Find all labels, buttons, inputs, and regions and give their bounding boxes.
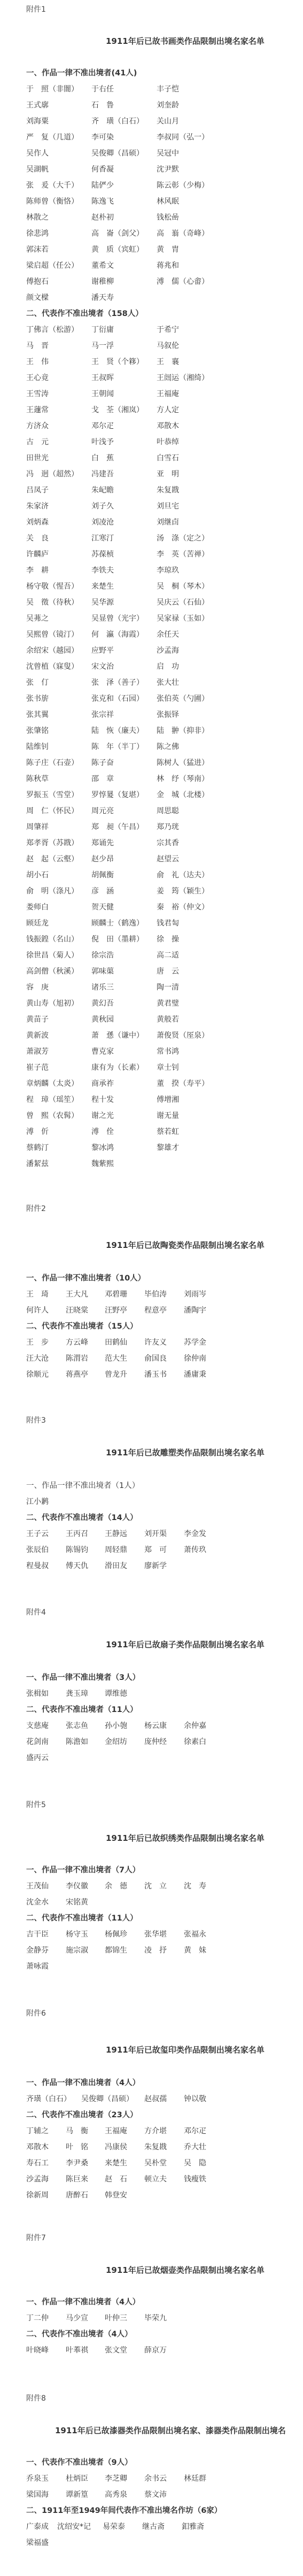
artist-name: 龚玉璋 <box>66 1688 88 1699</box>
artist-name: 蔡鹤汀 <box>26 1143 49 1153</box>
artist-name: 张福永 <box>184 1929 206 1940</box>
artist-name: 高 嵡（奇峰） <box>157 228 209 239</box>
artist-name: 赵 起（云壑） <box>26 854 79 865</box>
artist-name: 冯建吾 <box>91 469 114 480</box>
artist-name: 刘子久 <box>91 501 114 512</box>
artist-name: 郑孝胥（苏戡） <box>26 838 79 849</box>
artist-name: 金 城（北楼） <box>157 790 209 800</box>
artist-name: 顿立夫 <box>144 2174 167 2185</box>
artist-name: 吉干臣 <box>26 1929 49 1940</box>
artist-name: 胡小石 <box>26 870 49 881</box>
artist-name: 邓散木 <box>26 2142 49 2153</box>
artist-name: 吴湖帆 <box>26 164 49 175</box>
section-heading: 一、作品一律不准出境者（3人） <box>26 1672 140 1683</box>
artist-name: 顾廷龙 <box>26 918 49 929</box>
artist-name: 余任天 <box>157 629 179 640</box>
artist-name: 叶恭绰 <box>157 437 179 448</box>
section-heading: 二、代表作不准出境者（11人） <box>26 1913 138 1924</box>
artist-name: 萧淑芳 <box>26 1046 49 1057</box>
artist-name: 赵望云 <box>157 854 179 865</box>
artist-name: 黄山寿（旭初） <box>26 998 79 1009</box>
artist-name: 陈云彰（少梅） <box>157 180 209 191</box>
artist-name: 张辰伯 <box>26 1545 49 1555</box>
section-heading: 一、作品一律不准出境者(41人) <box>26 68 137 79</box>
artist-name: 林散之 <box>26 212 49 223</box>
artist-name: 林廷群 <box>184 2473 206 2484</box>
artist-name: 杨守玉 <box>66 1929 88 1940</box>
artist-name: 朱屺瞻 <box>91 485 114 496</box>
artist-name: 朱复戡 <box>144 2142 167 2153</box>
artist-name: 寿石工 <box>26 2158 49 2169</box>
artist-name: 陈秋草 <box>26 774 49 784</box>
artist-name: 李琼玖 <box>157 565 179 576</box>
artist-name: 梁国海 <box>26 2489 49 2500</box>
artist-name: 谭新篁 <box>66 2489 88 2500</box>
artist-name: 田世光 <box>26 453 49 464</box>
artist-name: 余仲嘉 <box>184 1721 206 1731</box>
artist-name: 吴俊卿（昌硕） <box>91 148 144 159</box>
artist-name: 黄般若 <box>157 1014 179 1025</box>
artist-name: 陈 年（半丁） <box>91 742 144 752</box>
artist-name: 潘玉书 <box>144 1369 167 1380</box>
artist-name: 吴华源 <box>91 597 114 608</box>
artist-name: 陈锡钧 <box>66 1545 88 1555</box>
artist-name: 石 鲁 <box>91 100 114 111</box>
artist-name: 钱瘦铁 <box>184 2174 206 2185</box>
artist-name: 李 英（苦禅） <box>157 549 209 560</box>
artist-name: 黄幻吾 <box>91 998 114 1009</box>
artist-name: 赵叔孺 <box>144 2094 167 2104</box>
artist-name: 高 崙（剑父） <box>91 228 144 239</box>
artist-name: 启 功 <box>157 661 179 672</box>
section-heading: 二、代表作不准出境者（15人） <box>26 1321 138 1332</box>
artist-name: 严 复（几道） <box>26 132 79 143</box>
artist-name: 郑 昶（午昌） <box>91 822 144 832</box>
artist-name: 宋文治 <box>91 661 114 672</box>
section-heading: 一、作品一律不准出境者（4人） <box>26 2297 140 2308</box>
artist-name: 李叔同（弘一） <box>157 132 209 143</box>
artist-name: 朱复戡 <box>157 485 179 496</box>
artist-name: 马一浮 <box>91 341 114 351</box>
artist-name: 王茂仙 <box>26 1881 49 1892</box>
artist-name: 王心竟 <box>26 373 49 383</box>
artist-name: 傅增湘 <box>157 1094 179 1105</box>
artist-name: 张宗祥 <box>91 709 114 720</box>
attachment-label: 附件3 <box>26 1415 46 1426</box>
artist-name: 钱松喦 <box>157 212 179 223</box>
artist-name: 何香凝 <box>91 164 114 175</box>
artist-name: 董 揆（寿平） <box>157 1078 209 1089</box>
artist-name: 姜 筠（颖生） <box>157 886 209 897</box>
artist-name: 叶浅予 <box>91 437 114 448</box>
artist-name: 俞国良 <box>144 1353 167 1364</box>
artist-name: 邓散木 <box>157 421 179 431</box>
section-heading: 一、作品一律不准出境者（4人） <box>26 2078 140 2088</box>
artist-name: 谢稚柳 <box>91 276 114 287</box>
artist-name: 张书旂 <box>26 693 49 704</box>
artist-name: 郭沫若 <box>26 244 49 255</box>
artist-name: 黄 胄 <box>157 244 179 255</box>
artist-name: 吴俊卿（昌硕） <box>81 2094 134 2104</box>
artist-name: 余 德 <box>105 1881 127 1892</box>
artist-name: 徐 操 <box>157 934 179 945</box>
artist-name: 沙孟海 <box>157 645 179 656</box>
artist-name: 黄君璧 <box>157 998 179 1009</box>
artist-name: 萧 愻（谦中） <box>91 1030 144 1041</box>
artist-name: 徐世昌（菊人） <box>26 950 79 961</box>
artist-name: 陈巨来 <box>66 2174 88 2185</box>
artist-name: 溥 伒 <box>26 1127 49 1137</box>
artist-name: 叶 铭 <box>66 2142 88 2153</box>
artist-name: 潘絜兹 <box>26 1159 49 1169</box>
artist-name: 戈 荃（湘岚） <box>91 405 144 415</box>
artist-name: 沈绍安*记 <box>57 2521 91 2532</box>
artist-name: 王 贤（个簃） <box>91 357 144 367</box>
artist-name: 白 蕉 <box>91 453 114 464</box>
artist-name: 江小鹣 <box>26 1497 49 1507</box>
list-title: 1911年后已故玺印类作品限制出境名家名单 <box>106 2045 265 2055</box>
artist-name: 苏学金 <box>184 1337 206 1348</box>
artist-name: 易荣泰 <box>103 2521 125 2532</box>
artist-name: 曹克家 <box>91 1046 114 1057</box>
artist-name: 蒋燕亭 <box>66 1369 88 1380</box>
artist-name: 傅抱石 <box>26 276 49 287</box>
artist-name: 俞 礼（达夫） <box>157 870 209 881</box>
artist-name: 陈逸飞 <box>91 196 114 207</box>
artist-name: 叶晓峰 <box>26 2345 49 2356</box>
artist-name: 梁启超（任公） <box>26 260 79 271</box>
artist-name: 毕荣九 <box>144 2313 167 2324</box>
artist-name: 乔大壮 <box>184 2142 206 2153</box>
artist-name: 王雪涛 <box>26 389 49 399</box>
section-heading: 二、1911年至1949年间代表作不准出境名作坊（6家） <box>26 2505 222 2516</box>
artist-name: 徐仲南 <box>184 1353 206 1364</box>
artist-name: 古 元 <box>26 437 49 448</box>
artist-name: 汤 涤（定之） <box>157 533 209 544</box>
artist-name: 郑 可 <box>144 1545 167 1555</box>
artist-name: 王朝闻 <box>91 389 114 399</box>
artist-name: 罗惇㬊（复堪） <box>91 790 144 800</box>
artist-name: 亚 明 <box>157 469 179 480</box>
artist-name: 于右任 <box>91 84 114 95</box>
artist-name: 钟以敬 <box>184 2094 206 2104</box>
artist-name: 钱君匋 <box>157 918 179 929</box>
artist-name: 王蘧常 <box>26 405 49 415</box>
artist-name: 陆维钊 <box>26 742 49 752</box>
artist-name: 蔡文沛 <box>144 2489 167 2500</box>
artist-name: 苏葆桢 <box>91 549 114 560</box>
artist-name: 刘雨岑 <box>184 1289 206 1300</box>
list-title: 1911年后已故织绣类作品限制出境名家名单 <box>106 1833 265 1844</box>
artist-name: 范大生 <box>105 1353 127 1364</box>
artist-name: 傅天仇 <box>66 1561 88 1571</box>
artist-name: 杜炳臣 <box>66 2473 88 2484</box>
artist-name: 溥 儒（心畬） <box>157 276 209 287</box>
artist-name: 蔡若虹 <box>157 1127 179 1137</box>
artist-name: 王福庵 <box>157 389 179 399</box>
artist-name: 王闿运（湘绮） <box>157 373 209 383</box>
list-title: 1911年后已故书画类作品限制出境名家名单 <box>106 36 265 47</box>
artist-name: 罗振玉（雪堂） <box>26 790 79 800</box>
artist-name: 朱家济 <box>26 501 49 512</box>
section-heading: 二、代表作不准出境者（14人） <box>26 1513 138 1523</box>
artist-name: 曾 熙（农髯） <box>26 1110 79 1121</box>
artist-name: 张 泽（善子） <box>91 677 144 688</box>
artist-name: 张肇铭 <box>26 726 49 736</box>
artist-name: 施宗淑 <box>66 1945 88 1956</box>
artist-name: 刘旦宅 <box>157 501 179 512</box>
artist-name: 蒋兆和 <box>157 260 179 271</box>
artist-name: 郑乃珖 <box>157 822 179 832</box>
artist-name: 刘炳森 <box>26 517 49 528</box>
artist-name: 彦 涵 <box>91 886 114 897</box>
artist-name: 丰子恺 <box>157 84 179 95</box>
section-heading: 一、代表作不准出境者（9人） <box>26 2457 133 2468</box>
artist-name: 吴庆云（石仙） <box>157 597 209 608</box>
artist-name: 林风眠 <box>157 196 179 207</box>
artist-name: 萧俊贤（厔泉） <box>157 1030 209 1041</box>
artist-name: 郭味蕖 <box>91 966 114 977</box>
artist-name: 来楚生 <box>91 581 114 592</box>
artist-name: 黎雄才 <box>157 1143 179 1153</box>
artist-name: 吴作人 <box>26 148 49 159</box>
artist-name: 张志鱼 <box>66 1721 88 1731</box>
artist-name: 唐 云 <box>157 966 179 977</box>
artist-name: 张振铎 <box>157 709 179 720</box>
artist-name: 高二适 <box>157 950 179 961</box>
artist-name: 王子云 <box>26 1529 49 1539</box>
artist-name: 张其翼 <box>26 709 49 720</box>
artist-name: 黄 质（宾虹） <box>91 244 144 255</box>
artist-name: 刘开渠 <box>144 1529 167 1539</box>
artist-name: 王式廓 <box>26 100 49 111</box>
artist-name: 于希宁 <box>157 325 179 335</box>
artist-name: 萧咏霞 <box>26 1961 49 1972</box>
artist-name: 冯 迥（超然） <box>26 469 79 480</box>
artist-name: 贺天健 <box>91 902 114 913</box>
artist-name: 毕伯涛 <box>144 1289 167 1300</box>
artist-name: 杨佩珍 <box>105 1929 127 1940</box>
artist-name: 于 照（非闇） <box>26 84 79 95</box>
artist-name: 吴茀之 <box>26 613 49 624</box>
section-heading: 二、代表作不准出境者（158人） <box>26 308 143 319</box>
artist-name: 吴冠中 <box>157 148 179 159</box>
artist-name: 广泰成 <box>26 2521 49 2532</box>
artist-name: 溥 佺 <box>91 1127 114 1137</box>
artist-name: 丁辅之 <box>26 2126 49 2137</box>
artist-name: 李 耕 <box>26 565 49 576</box>
artist-name: 陈树人（猛进） <box>157 758 209 768</box>
artist-name: 魏紫熙 <box>91 1159 114 1169</box>
artist-name: 薛京万 <box>144 2345 167 2356</box>
artist-name: 方人定 <box>157 405 179 415</box>
artist-name: 汪野亭 <box>105 1305 127 1316</box>
artist-name: 谢无量 <box>157 1110 179 1121</box>
artist-name: 花剑南 <box>26 1737 49 1747</box>
artist-name: 俞 明（涤凡） <box>26 886 79 897</box>
attachment-label: 附件6 <box>26 2008 46 2019</box>
artist-name: 陆 翀（抑非） <box>157 726 209 736</box>
artist-name: 许麟庐 <box>26 549 49 560</box>
attachment-label: 附件7 <box>26 2233 46 2243</box>
artist-name: 吕凤子 <box>26 485 49 496</box>
artist-name: 商承祚 <box>91 1078 114 1089</box>
artist-name: 周元亮 <box>91 806 114 816</box>
artist-name: 吴熙曾（镜汀） <box>26 629 79 640</box>
list-title: 1911年后已故烟壶类作品限制出境名家名单 <box>106 2265 265 2276</box>
artist-name: 张伯英（勺圃） <box>157 693 209 704</box>
artist-name: 吴 隐 <box>184 2158 206 2169</box>
artist-name: 廖新学 <box>144 1561 167 1571</box>
artist-name: 程十发 <box>91 1094 114 1105</box>
artist-name: 滑田友 <box>105 1561 127 1571</box>
artist-name: 田鹤仙 <box>105 1337 127 1348</box>
artist-name: 黎冰鸿 <box>91 1143 114 1153</box>
artist-name: 徐宗浩 <box>91 950 114 961</box>
artist-name: 王 步 <box>26 1337 49 1348</box>
artist-name: 徐新周 <box>26 2190 49 2201</box>
artist-name: 陆 恢（廉夫） <box>91 726 144 736</box>
attachment-label: 附件4 <box>26 1607 46 1618</box>
artist-name: 王福庵 <box>105 2126 127 2137</box>
artist-name: 赵少昂 <box>91 854 114 865</box>
artist-name: 张文堂 <box>105 2345 127 2356</box>
artist-name: 郑诵先 <box>91 838 114 849</box>
artist-name: 庞仲经 <box>144 1737 167 1747</box>
artist-name: 都锦生 <box>105 1945 127 1956</box>
artist-name: 黄新波 <box>26 1030 49 1041</box>
artist-name: 钱振鍠（名山） <box>26 934 79 945</box>
artist-name: 陈子奋 <box>91 758 114 768</box>
artist-name: 娄师白 <box>26 902 49 913</box>
artist-name: 程曼叔 <box>26 1561 49 1571</box>
artist-name: 关山月 <box>157 116 179 127</box>
artist-name: 沈 寿 <box>184 1881 206 1892</box>
artist-name: 王静远 <box>105 1529 127 1539</box>
artist-name: 唐醉石 <box>66 2190 88 2201</box>
list-title: 1911年后已故漆器类作品限制出境名家、漆器类作品限制出境名 <box>55 2425 286 2436</box>
artist-name: 黄 妹 <box>184 1945 206 1956</box>
artist-name: 陈子庄（石壶） <box>26 758 79 768</box>
artist-name: 张楫如 <box>26 1688 49 1699</box>
artist-name: 方云峰 <box>66 1337 88 1348</box>
artist-name: 程 璋（瑶笙） <box>26 1094 79 1105</box>
artist-name: 林 纾（琴南） <box>157 774 209 784</box>
artist-name: 章炳麟（太炎） <box>26 1078 79 1089</box>
artist-name: 高剑僧（秋溪） <box>26 966 79 977</box>
artist-name: 李芝卿 <box>105 2473 127 2484</box>
artist-name: 马叙伦 <box>157 341 179 351</box>
artist-name: 齐 璜（白石） <box>91 116 144 127</box>
artist-name: 许友义 <box>144 1337 167 1348</box>
artist-name: 赵 石 <box>105 2174 127 2185</box>
artist-name: 继古斋 <box>142 2521 165 2532</box>
artist-name: 萧传玖 <box>184 1545 206 1555</box>
artist-name: 张克和（石园） <box>91 693 144 704</box>
artist-name: 周肇祥 <box>26 822 49 832</box>
artist-name: 冯康侯 <box>105 2142 127 2153</box>
artist-name: 釦雅斋 <box>182 2521 204 2532</box>
artist-name: 章士钊 <box>157 1062 179 1073</box>
artist-name: 潘庸秉 <box>184 1369 206 1380</box>
artist-name: 沙孟海 <box>26 2174 49 2185</box>
artist-name: 丁二仲 <box>26 2313 49 2324</box>
artist-name: 倪 田（墨耕） <box>91 934 144 945</box>
artist-name: 康有为（长素） <box>91 1062 144 1073</box>
artist-name: 邓尔疋 <box>91 421 114 431</box>
artist-name: 程意亭 <box>144 1305 167 1316</box>
artist-name: 白雪石 <box>157 453 179 464</box>
artist-name: 李尹桑 <box>66 2158 88 2169</box>
artist-name: 应野平 <box>91 645 114 656</box>
artist-name: 王 襄 <box>157 357 179 367</box>
artist-name: 陶一清 <box>157 982 179 993</box>
artist-name: 关 良 <box>26 533 49 544</box>
artist-name: 乔泉玉 <box>26 2473 49 2484</box>
artist-name: 董希文 <box>91 260 114 271</box>
artist-name: 汪大沧 <box>26 1353 49 1364</box>
artist-name: 诸乐三 <box>91 982 114 993</box>
artist-name: 陈之佛 <box>157 742 179 752</box>
artist-name: 王 琦 <box>26 1289 49 1300</box>
artist-name: 黄秋园 <box>91 1014 114 1025</box>
artist-name: 张 仃 <box>26 677 49 688</box>
artist-name: 高秀泉 <box>105 2489 127 2500</box>
section-heading: 二、代表作不准出境者（11人） <box>26 1705 138 1715</box>
artist-name: 张华堪 <box>144 1929 167 1940</box>
artist-name: 吴朴堂 <box>144 2158 167 2169</box>
section-heading: 一、作品一律不准出境者（10人） <box>26 1273 145 1284</box>
artist-name: 顾麟士（鹤逸） <box>91 918 144 929</box>
artist-name: 容 庚 <box>26 982 49 993</box>
artist-name: 赵朴初 <box>91 212 114 223</box>
artist-name: 丁衍庸 <box>91 325 114 335</box>
artist-name: 谭维德 <box>105 1688 127 1699</box>
artist-name: 凌 抒 <box>144 1945 167 1956</box>
artist-name: 沈 立 <box>144 1881 167 1892</box>
attachment-label: 附件2 <box>26 1204 46 1214</box>
artist-name: 马少宣 <box>66 2313 88 2324</box>
artist-name: 来楚生 <box>105 2158 127 2169</box>
list-title: 1911年后已故扇子类作品限制出境名家名单 <box>106 1639 265 1650</box>
artist-name: 周轻鼎 <box>105 1545 127 1555</box>
artist-name: 邵 章 <box>91 774 114 784</box>
artist-name: 颜文樑 <box>26 292 49 303</box>
artist-name: 常书鸿 <box>157 1046 179 1057</box>
artist-name: 张 爰（大千） <box>26 180 79 191</box>
artist-name: 邓尔疋 <box>184 2126 206 2137</box>
artist-name: 王大凡 <box>66 1289 88 1300</box>
artist-name: 王叔晖 <box>91 373 114 383</box>
artist-name: 支慈庵 <box>26 1721 49 1731</box>
artist-name: 李金发 <box>184 1529 206 1539</box>
artist-name: 盛丙云 <box>26 1753 49 1763</box>
artist-name: 金绍坊 <box>105 1737 127 1747</box>
artist-name: 叶菶祺 <box>66 2345 88 2356</box>
artist-name: 马 衡 <box>66 2126 88 2137</box>
artist-name: 刘凌沧 <box>91 517 114 528</box>
artist-name: 宋铭黄 <box>66 1897 88 1908</box>
artist-name: 孙小匏 <box>105 1721 127 1731</box>
artist-name: 金静芬 <box>26 1945 49 1956</box>
artist-name: 陆俨少 <box>91 180 114 191</box>
attachment-label: 附件5 <box>26 1800 46 1810</box>
artist-name: 汪晓棠 <box>66 1305 88 1316</box>
artist-name: 徐悲鸿 <box>26 228 49 239</box>
artist-name: 周思聪 <box>157 806 179 816</box>
artist-name: 杨云康 <box>144 1721 167 1731</box>
artist-name: 曾龙升 <box>105 1369 127 1380</box>
